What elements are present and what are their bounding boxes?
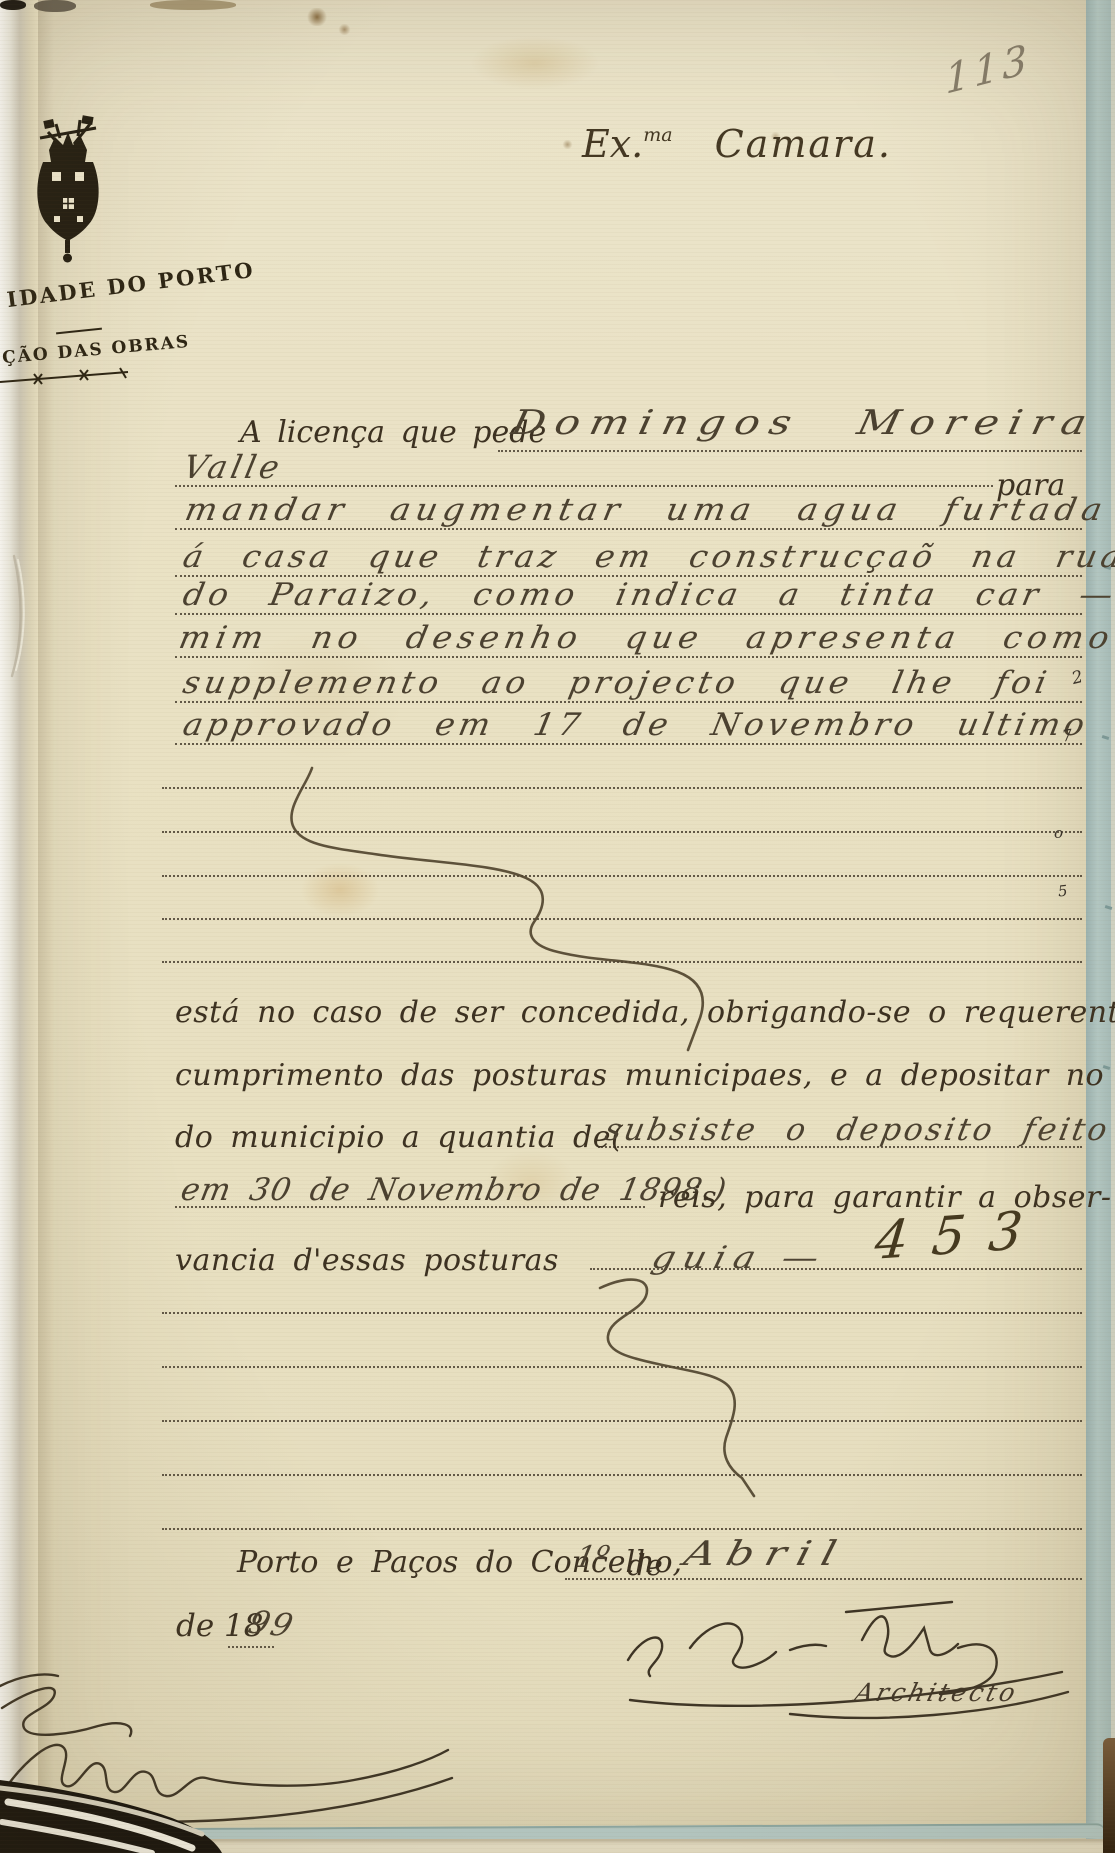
ink-spot — [338, 24, 351, 35]
ink-bleed-mark: 2 — [1070, 667, 1085, 689]
page-stack-edge — [1111, 0, 1115, 1853]
guia-note: guia — — [648, 1240, 831, 1276]
signature-flourish — [0, 1745, 448, 1796]
dotted-rule — [175, 701, 1082, 703]
book-binding-left-edge — [0, 0, 38, 1853]
scanned-document-page: 113 Ex.maCamara. IDADE DO PORTO ÇÃO DAS … — [0, 0, 1115, 1853]
decision-line2: cumprimento das posturas municipaes, e a… — [175, 1058, 1115, 1093]
applicant-name-line2: Valle — [180, 448, 287, 486]
letterhead-rule — [56, 328, 102, 335]
dotted-rule — [162, 961, 1082, 963]
decision-line3: do municipio a quantia de( — [175, 1120, 623, 1155]
signature-flourish — [16, 1778, 452, 1822]
dotted-rule — [162, 1312, 1082, 1314]
dotted-rule — [162, 831, 1082, 833]
dateline-month: Abril — [680, 1534, 852, 1574]
signature-flourish — [862, 1616, 958, 1656]
request-line: mim no desenho que apresenta como — [176, 620, 1115, 656]
paper-stain — [300, 862, 380, 918]
dotted-rule — [175, 528, 1082, 530]
request-line: mandar augmentar uma agua furtada — [182, 492, 1111, 528]
dotted-rule — [175, 656, 1082, 658]
decision-line5: vancia d'essas posturas — [175, 1243, 559, 1278]
dateline-de: de — [627, 1548, 663, 1582]
signature-flourish — [690, 1624, 776, 1668]
salutation-prefix: Ex. — [582, 122, 643, 166]
top-edge-mark — [0, 0, 26, 10]
ink-bleed-mark: o — [1054, 824, 1063, 842]
printed-lead: A licença que pede — [240, 415, 546, 450]
deposit-note-line1: subsiste o deposito feito — [602, 1112, 1113, 1148]
year-suffix: 99 — [244, 1603, 299, 1645]
deposit-amount: 453 — [872, 1199, 1049, 1272]
ink-spot — [306, 8, 328, 26]
next-page-blue-edge — [1086, 0, 1112, 1853]
dotted-rule — [175, 485, 993, 487]
folio-number: 113 — [944, 36, 1031, 104]
dotted-rule — [162, 1420, 1082, 1422]
request-line: do Paraizo, como indica a tinta car — — [180, 577, 1115, 613]
dotted-rule — [175, 1206, 645, 1208]
dotted-rule — [175, 613, 1082, 615]
ink-bleed-mark: 5 — [1057, 882, 1068, 901]
request-line: approvado em 17 de Novembro ultimo — [180, 707, 1092, 743]
deposit-note-line2: em 30 de Novembro de 1898.) — [178, 1172, 730, 1208]
dotted-rule — [162, 1474, 1082, 1476]
request-line: supplemento ao projecto que lhe foi — [180, 665, 1054, 701]
salutation-title: Camara. — [715, 122, 892, 166]
salutation-superscript: ma — [643, 124, 672, 146]
dotted-rule — [162, 787, 1082, 789]
dotted-rule — [228, 1646, 274, 1648]
salutation: Ex.maCamara. — [582, 122, 892, 166]
binding-shadow — [38, 0, 54, 1853]
applicant-name-line1: Domingos Moreira — [508, 403, 1100, 443]
dotted-rule — [175, 743, 1082, 745]
dotted-rule — [498, 450, 1082, 452]
signature-title: Architecto — [852, 1678, 1021, 1707]
dotted-rule — [598, 1146, 1082, 1148]
dotted-rule — [162, 1528, 1082, 1530]
decision-line1: está no caso de ser concedida, obrigando… — [175, 995, 1115, 1030]
book-cover-edge — [1103, 1738, 1115, 1853]
dotted-rule — [565, 1578, 1082, 1580]
request-line: á casa que traz em construcçaõ na rua — [180, 539, 1115, 575]
ink-spot — [562, 140, 573, 149]
signature-flourish — [628, 1638, 662, 1676]
dotted-rule — [162, 918, 1082, 920]
signature-flourish — [790, 1645, 826, 1650]
paper-stain — [470, 36, 600, 90]
signature-flourish — [846, 1602, 952, 1612]
top-edge-mark — [150, 0, 236, 10]
dateline-printed: Porto e Paços do Concelho, — [237, 1545, 682, 1580]
underlying-page — [0, 1839, 1115, 1853]
dotted-rule — [162, 1366, 1082, 1368]
top-edge-mark — [34, 0, 76, 12]
dotted-rule — [162, 875, 1082, 877]
